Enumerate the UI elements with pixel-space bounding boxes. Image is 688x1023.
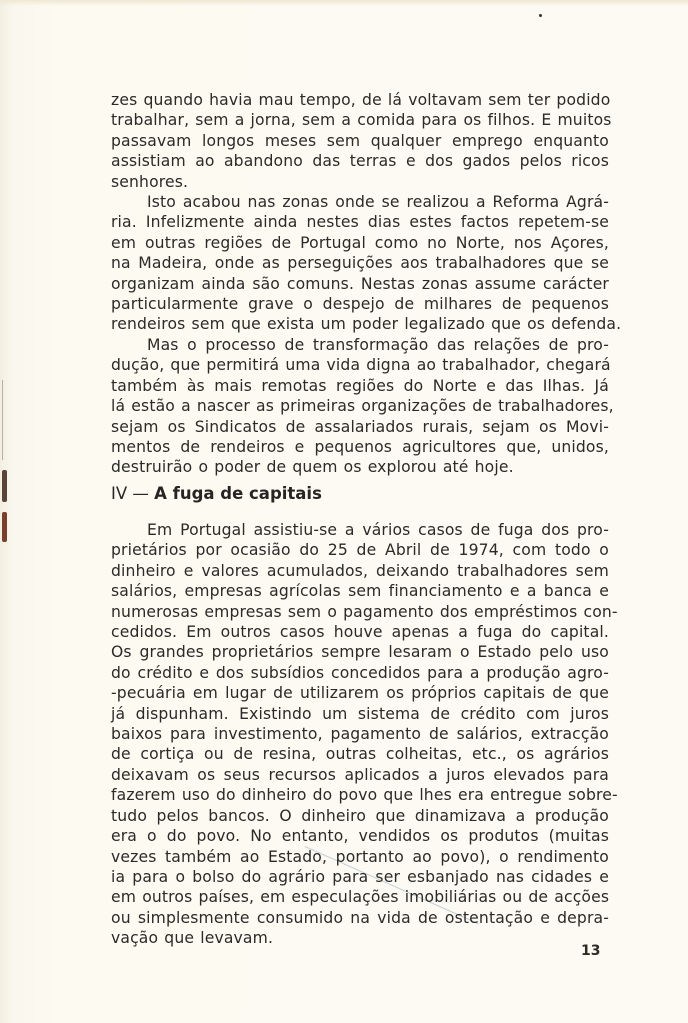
text-line: passavam longos meses sem qualquer empre… bbox=[111, 131, 609, 151]
text-line: fazerem uso do dinheiro do povo que lhes… bbox=[111, 785, 609, 805]
paragraph: Mas o processo de transformação das rela… bbox=[111, 335, 609, 478]
text-line: mentos de rendeiros e pequenos agriculto… bbox=[111, 437, 609, 457]
text-line: era o do povo. No entanto, vendidos os p… bbox=[111, 826, 609, 846]
text-line: Em Portugal assistiu-se a vários casos d… bbox=[111, 520, 609, 540]
text-line: de cortiça ou de resina, outras colheita… bbox=[111, 744, 609, 764]
text-line: deixavam os seus recursos aplicados a ju… bbox=[111, 765, 609, 785]
text-line: rendeiros sem que exista um poder legali… bbox=[111, 314, 609, 334]
binding-mark bbox=[2, 512, 7, 542]
paper-speck bbox=[539, 14, 542, 17]
text-line: numerosas empresas sem o pagamento dos e… bbox=[111, 602, 609, 622]
text-line: senhores. bbox=[111, 172, 609, 192]
text-line: particularmente grave o despejo de milha… bbox=[111, 294, 609, 314]
book-page: zes quando havia mau tempo, de lá voltav… bbox=[0, 0, 688, 1023]
text-line: zes quando havia mau tempo, de lá voltav… bbox=[111, 90, 609, 110]
text-line: Os grandes proprietários sempre lesaram … bbox=[111, 642, 609, 662]
text-line: em outros países, em especulações imobil… bbox=[111, 887, 609, 907]
text-line: lá estão a nascer as primeiras organizaç… bbox=[111, 396, 609, 416]
text-line: vação que levavam. bbox=[111, 928, 609, 948]
text-line: Isto acabou nas zonas onde se realizou a… bbox=[111, 192, 609, 212]
text-line: na Madeira, onde as perseguições aos tra… bbox=[111, 253, 609, 273]
text-line: organizam ainda são comuns. Nestas zonas… bbox=[111, 274, 609, 294]
binding-mark bbox=[2, 470, 7, 502]
text-line: destruirão o poder de quem os explorou a… bbox=[111, 457, 609, 477]
body-text-section-1: zes quando havia mau tempo, de lá voltav… bbox=[111, 90, 609, 478]
text-line: -pecuária em lugar de utilizarem os próp… bbox=[111, 683, 609, 703]
text-line: tudo pelos bancos. O dinheiro que dinami… bbox=[111, 806, 609, 826]
text-line: ria. Infelizmente ainda nestes dias este… bbox=[111, 212, 609, 232]
text-line: em outras regiões de Portugal como no No… bbox=[111, 233, 609, 253]
text-line: baixos para investimento, pagamento de s… bbox=[111, 724, 609, 744]
body-text-section-2: Em Portugal assistiu-se a vários casos d… bbox=[111, 520, 609, 949]
text-line: dução, que permitirá uma vida digna ao t… bbox=[111, 355, 609, 375]
binding-line bbox=[2, 380, 3, 460]
section-heading: IV — A fuga de capitais bbox=[111, 484, 322, 504]
text-line: trabalhar, sem a jorna, sem a comida par… bbox=[111, 110, 609, 130]
section-number: IV — bbox=[111, 484, 149, 503]
text-line: ou simplesmente consumido na vida de ost… bbox=[111, 908, 609, 928]
text-line: do crédito e dos subsídios concedidos pa… bbox=[111, 663, 609, 683]
paragraph: Isto acabou nas zonas onde se realizou a… bbox=[111, 192, 609, 335]
text-line: já dispunham. Existindo um sistema de cr… bbox=[111, 704, 609, 724]
text-line: vezes também ao Estado, portanto ao povo… bbox=[111, 847, 609, 867]
page-number: 13 bbox=[581, 943, 600, 959]
text-line: assistiam ao abandono das terras e dos g… bbox=[111, 151, 609, 171]
text-line: ia para o bolso do agrário para ser esba… bbox=[111, 867, 609, 887]
page-top-edge bbox=[0, 0, 688, 6]
text-line: dinheiro e valores acumulados, deixando … bbox=[111, 561, 609, 581]
text-line: cedidos. Em outros casos houve apenas a … bbox=[111, 622, 609, 642]
text-line: também às mais remotas regiões do Norte … bbox=[111, 376, 609, 396]
text-line: prietários por ocasião do 25 de Abril de… bbox=[111, 540, 609, 560]
section-title: A fuga de capitais bbox=[154, 484, 322, 503]
text-line: Mas o processo de transformação das rela… bbox=[111, 335, 609, 355]
text-line: salários, empresas agrícolas sem financi… bbox=[111, 581, 609, 601]
text-line: sejam os Sindicatos de assalariados rura… bbox=[111, 417, 609, 437]
paragraph: Em Portugal assistiu-se a vários casos d… bbox=[111, 520, 609, 949]
paragraph: zes quando havia mau tempo, de lá voltav… bbox=[111, 90, 609, 192]
